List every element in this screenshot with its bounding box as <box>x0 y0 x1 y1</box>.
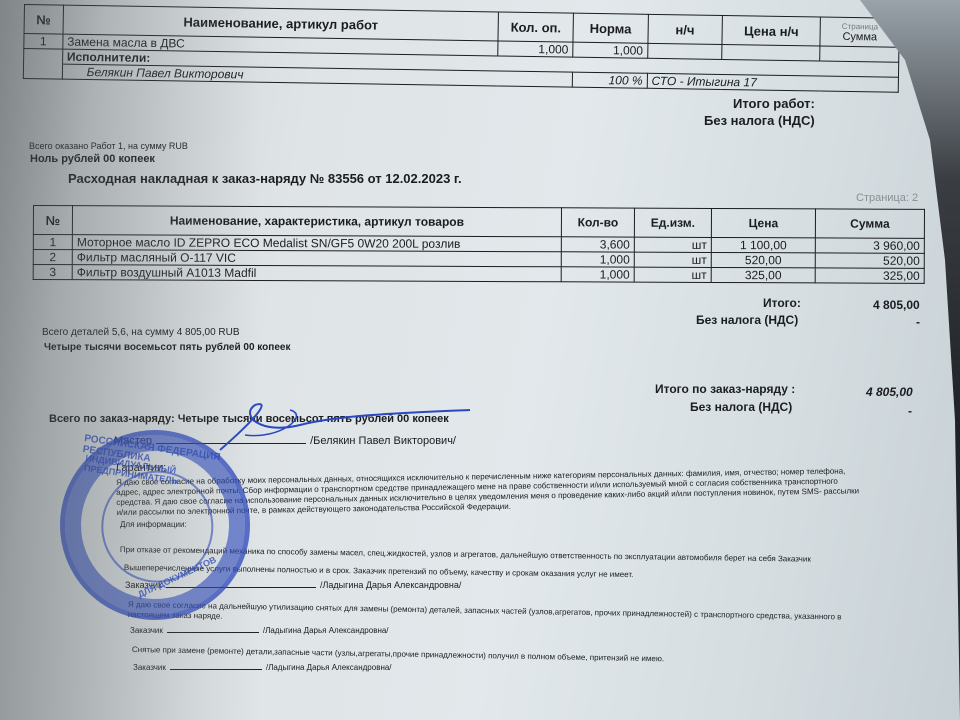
row-sum: 520,00 <box>815 253 924 268</box>
works-tax-label: Без налога (НДС) <box>704 113 815 128</box>
row-name: Фильтр воздушный A1013 Madfil <box>72 265 561 282</box>
row-sum: 3 960,00 <box>815 238 924 253</box>
col-price: Цена <box>711 208 815 237</box>
row-unit: шт <box>634 252 711 267</box>
page-number: Страница: 2 <box>856 192 918 204</box>
row-no: 1 <box>33 235 72 250</box>
master-name: /Белякин Павел Викторович/ <box>310 435 456 447</box>
signature-line <box>167 632 259 633</box>
parts-summary-line1: Всего деталей 5,6, на сумму 4 805,00 RUB <box>42 327 240 338</box>
order-total-value: 4 805,00 <box>866 385 913 399</box>
parts-summary-line2: Четыре тысячи восемьсот пять рублей 00 к… <box>44 342 290 353</box>
row-price-nh <box>722 44 821 61</box>
works-summary-line1: Всего оказано Работ 1, на сумму RUB <box>29 141 188 151</box>
col-name: Наименование, характеристика, артикул то… <box>72 206 561 237</box>
invoice-table-header: № Наименование, характеристика, артикул … <box>33 206 924 239</box>
row-name: Фильтр масляный O-117 VIC <box>72 250 561 267</box>
col-qty: Кол. оп. <box>498 12 573 42</box>
row-qty: 3,600 <box>561 237 634 252</box>
customer-name: /Ладыгина Дарья Александровна/ <box>320 580 461 590</box>
row-price: 1 100,00 <box>711 237 815 252</box>
row-sum: 325,00 <box>815 268 924 283</box>
row-nh <box>647 43 722 59</box>
works-summary-line2: Ноль рублей 00 копеек <box>30 153 155 165</box>
row-norm: 1,000 <box>573 42 648 58</box>
col-sum: Сумма <box>815 209 924 238</box>
row-no: 1 <box>24 34 63 50</box>
order-total-label: Итого по заказ-наряду : <box>655 382 795 396</box>
received-text: Снятые при замене (ремонте) детали,запас… <box>132 645 664 663</box>
customer-name: /Ладыгина Дарья Александровна/ <box>263 626 389 635</box>
row-qty: 1,000 <box>561 267 634 282</box>
order-tax-label: Без налога (НДС) <box>690 400 792 414</box>
col-unit: Ед.изм. <box>634 208 711 237</box>
row-price: 325,00 <box>711 267 815 282</box>
col-no: № <box>24 5 63 35</box>
document-page: № Наименование, артикул работ Кол. оп. Н… <box>0 0 960 720</box>
col-nh: н/ч <box>648 14 723 44</box>
invoice-total-label: Итого: <box>763 296 801 310</box>
row-unit: шт <box>634 267 711 282</box>
row-qty: 1,000 <box>498 41 573 57</box>
row-no: 3 <box>33 265 72 280</box>
works-total-label: Итого работ: <box>733 96 815 111</box>
row-qty: 1,000 <box>561 252 634 267</box>
invoice-total-value: 4 805,00 <box>873 298 920 312</box>
row-name: Моторное масло ID ZEPRO ECO Medalist SN/… <box>72 235 561 252</box>
invoice-tax-value: - <box>916 315 920 329</box>
row-sum <box>820 46 899 62</box>
customer-signature-line-3: Заказчик/Ладыгина Дарья Александровна/ <box>133 663 392 672</box>
order-tax-value: - <box>908 404 912 418</box>
col-price-nh: Цена н/ч <box>722 15 821 46</box>
invoice-tax-label: Без налога (НДС) <box>696 313 798 327</box>
executor-place: СТО - Итыгина 17 <box>647 73 899 92</box>
customer-signature-line-2: Заказчик/Ладыгина Дарья Александровна/ <box>130 626 389 635</box>
executor-percent: 100 % <box>572 72 647 88</box>
col-norm: Норма <box>573 13 648 43</box>
order-summary: Всего по заказ-наряду: Четыре тысячи вос… <box>49 413 449 425</box>
signature-line <box>170 669 262 670</box>
customer-name: /Ладыгина Дарья Александровна/ <box>266 663 392 672</box>
row-price: 520,00 <box>711 252 815 267</box>
works-table: № Наименование, артикул работ Кол. оп. Н… <box>23 4 900 93</box>
customer-label: Заказчик <box>130 626 163 635</box>
customer-label: Заказчик <box>133 663 166 672</box>
row-no: 2 <box>33 250 72 265</box>
col-qty: Кол-во <box>561 208 634 237</box>
invoice-title: Расходная накладная к заказ-наряду № 835… <box>68 171 462 186</box>
table-row: 3 Фильтр воздушный A1013 Madfil 1,000 шт… <box>33 265 924 284</box>
invoice-table: № Наименование, характеристика, артикул … <box>33 205 925 284</box>
col-no: № <box>33 206 72 235</box>
row-unit: шт <box>634 237 711 252</box>
